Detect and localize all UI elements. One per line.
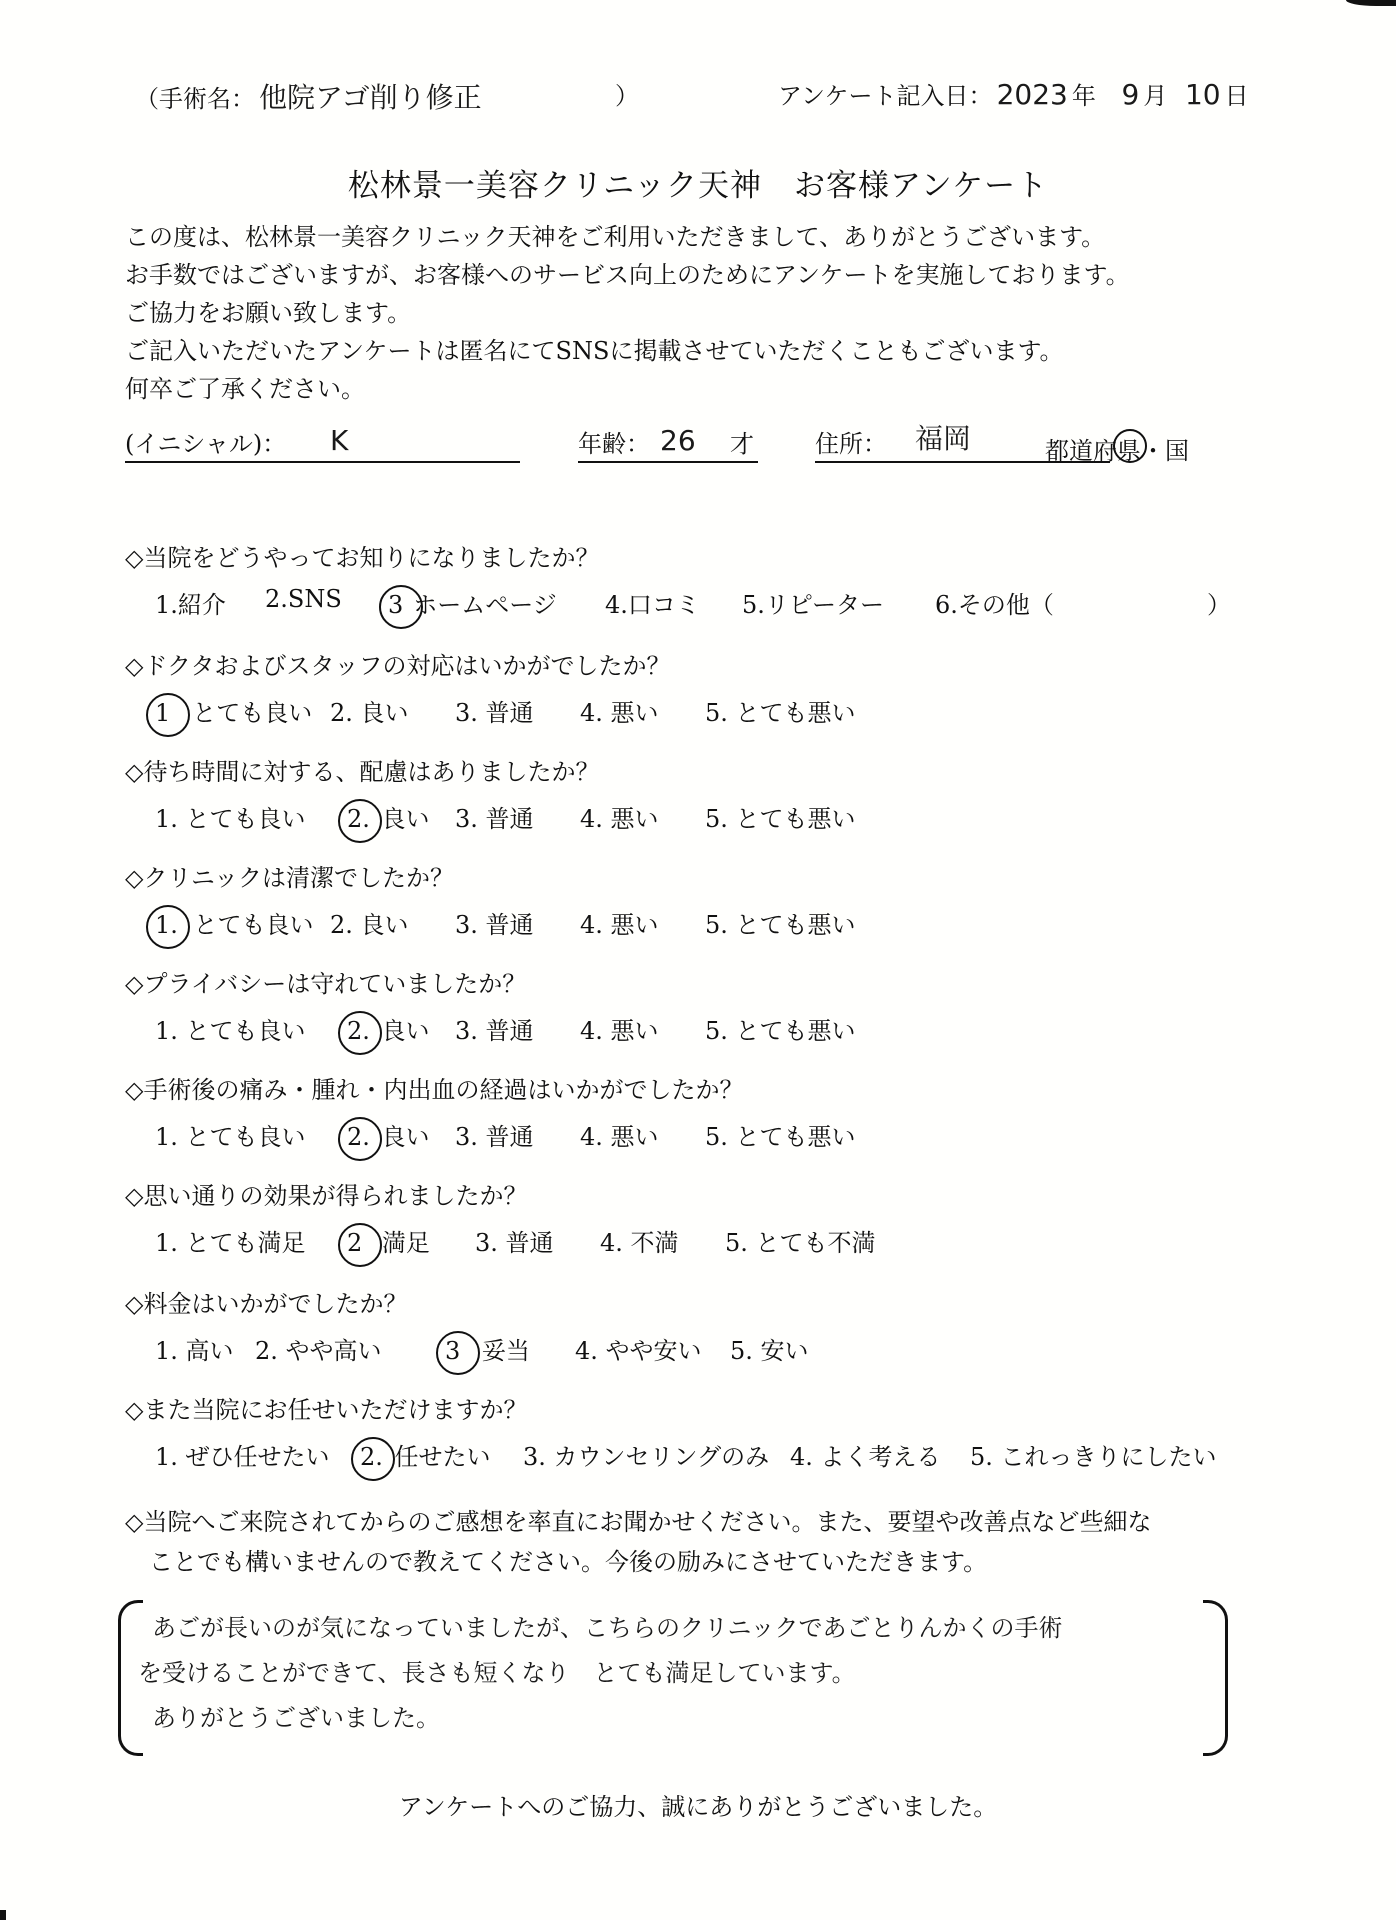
option-2-selected[interactable]: 2. 良い — [347, 1117, 430, 1152]
address-value: 福岡 — [915, 417, 971, 457]
option-3[interactable]: 3. カウンセリングのみ — [523, 1437, 769, 1472]
option-1-selected[interactable]: 1とても良い — [155, 693, 312, 728]
survey-date-field: アンケート記入日：2023年 9月 10日 — [778, 76, 1249, 111]
date-day: 10 — [1185, 78, 1221, 111]
scan-artifact — [0, 1910, 6, 1920]
free-comment-prompt: ◇当院へご来院されてからのご感想を率直にお聞かせください。また、要望や改善点など… — [125, 1502, 1151, 1582]
option-2[interactable]: 2.SNS — [265, 585, 342, 613]
option-1[interactable]: 1. とても良い — [155, 1117, 306, 1152]
option-5[interactable]: 5. とても悪い — [705, 905, 856, 940]
initial-label: (イニシャル)： — [125, 424, 286, 459]
option-5[interactable]: 5. とても悪い — [705, 799, 856, 834]
option-4[interactable]: 4. よく考える — [790, 1437, 941, 1472]
option-2-selected[interactable]: 2. 良い — [347, 799, 430, 834]
question-post-op-recovery: ◇手術後の痛み・腫れ・内出血の経過はいかがでしたか？ 1. とても良い 2. 良… — [125, 1070, 743, 1157]
question-title: ◇手術後の痛み・腫れ・内出血の経過はいかがでしたか？ — [125, 1070, 743, 1105]
option-5[interactable]: 5. とても悪い — [705, 1117, 856, 1152]
procedure-name-field: （手術名：他院アゴ削り修正 ） — [135, 76, 486, 116]
option-4[interactable]: 4. 悪い — [580, 799, 659, 834]
prefecture-type-options: 都道府県・国 — [1045, 431, 1189, 466]
question-expected-results: ◇思い通りの効果が得られましたか？ 1. とても満足 2 満足 3. 普通 4.… — [125, 1176, 527, 1263]
option-3-selected[interactable]: 3ホームページ — [388, 585, 557, 620]
pref-option-country[interactable]: 国 — [1165, 431, 1189, 466]
option-3-selected[interactable]: 3 妥当 — [445, 1331, 530, 1366]
option-1[interactable]: 1. とても満足 — [155, 1223, 306, 1258]
option-1[interactable]: 1. とても良い — [155, 1011, 306, 1046]
initial-field[interactable]: (イニシャル)： K — [125, 425, 520, 463]
date-label: アンケート記入日： — [778, 82, 993, 110]
pref-option-ken-selected[interactable]: 県 — [1117, 431, 1141, 466]
age-value: 26 — [660, 424, 696, 457]
option-5[interactable]: 5. とても悪い — [705, 1011, 856, 1046]
year-unit: 年 — [1072, 82, 1096, 110]
right-bracket — [1203, 1600, 1228, 1756]
option-2-selected[interactable]: 2. 任せたい — [360, 1437, 491, 1472]
page-title: 松林景一美容クリニック天神 お客様アンケート — [0, 160, 1396, 205]
question-pricing: ◇料金はいかがでしたか？ 1. 高い 2. やや高い 3 妥当 4. やや安い … — [125, 1284, 407, 1371]
question-privacy: ◇プライバシーは守れていましたか？ 1. とても良い 2. 良い 3. 普通 4… — [125, 964, 526, 1051]
procedure-close: ） — [615, 76, 639, 111]
intro-line: ご記入いただいたアンケートは匿名にてSNSに掲載させていただくこともございます。 — [125, 332, 1130, 370]
option-4[interactable]: 4.口コミ — [605, 585, 700, 620]
prompt-line: ◇当院へご来院されてからのご感想を率直にお聞かせください。また、要望や改善点など… — [125, 1502, 1151, 1542]
option-4[interactable]: 4. 不満 — [600, 1223, 679, 1258]
address-label: 住所： — [815, 424, 887, 459]
question-title: ◇また当院にお任せいただけますか？ — [125, 1390, 527, 1425]
option-1-selected[interactable]: 1. とても良い — [155, 905, 314, 940]
other-close-paren: ） — [1207, 585, 1231, 620]
pref-option-to[interactable]: 都 — [1045, 431, 1069, 466]
footer-thanks: アンケートへのご協力、誠にありがとうございました。 — [0, 1787, 1396, 1822]
intro-line: ご協力をお願い致します。 — [125, 294, 1130, 332]
question-title: ◇当院をどうやってお知りになりましたか？ — [125, 538, 599, 573]
option-row: 1. とても良い 2. 良い 3. 普通 4. 悪い 5. とても悪い — [125, 799, 599, 839]
intro-line: この度は、松林景一美容クリニック天神をご利用いただきまして、ありがとうございます… — [125, 218, 1130, 256]
option-row: 1. 高い 2. やや高い 3 妥当 4. やや安い 5. 安い — [125, 1331, 407, 1371]
question-title: ◇プライバシーは守れていましたか？ — [125, 964, 526, 999]
age-field[interactable]: 年齢： 26 才 — [578, 425, 758, 463]
option-2-selected[interactable]: 2. 良い — [347, 1011, 430, 1046]
option-row: 1. ぜひ任せたい 2. 任せたい 3. カウンセリングのみ 4. よく考える … — [125, 1437, 527, 1477]
question-return-intent: ◇また当院にお任せいただけますか？ 1. ぜひ任せたい 2. 任せたい 3. カ… — [125, 1390, 527, 1477]
answer-line: ありがとうございました。 — [138, 1696, 1063, 1741]
question-title: ◇待ち時間に対する、配慮はありましたか？ — [125, 752, 599, 787]
question-title: ◇クリニックは清潔でしたか？ — [125, 858, 454, 893]
month-unit: 月 — [1143, 82, 1167, 110]
option-row: 1とても良い 2. 良い 3. 普通 4. 悪い 5. とても悪い — [125, 693, 671, 733]
answer-line: を受けることができて、長さも短くなり とても満足しています。 — [138, 1651, 1063, 1696]
intro-line: 何卒ご了承ください。 — [125, 370, 1130, 408]
option-3[interactable]: 3. 普通 — [475, 1223, 554, 1258]
option-3[interactable]: 3. 普通 — [455, 1117, 534, 1152]
date-year: 2023 — [997, 78, 1068, 111]
scan-artifact — [1346, 0, 1396, 6]
question-staff-response: ◇ドクタおよびスタッフの対応はいかがでしたか？ 1とても良い 2. 良い 3. … — [125, 646, 671, 733]
intro-text: この度は、松林景一美容クリニック天神をご利用いただきまして、ありがとうございます… — [125, 218, 1130, 408]
question-title: ◇料金はいかがでしたか？ — [125, 1284, 407, 1319]
question-how-found: ◇当院をどうやってお知りになりましたか？ 1.紹介 2.SNS 3ホームページ … — [125, 538, 599, 625]
option-1[interactable]: 1. ぜひ任せたい — [155, 1437, 330, 1472]
age-label: 年齢： — [578, 424, 650, 459]
option-1[interactable]: 1.紹介 — [155, 585, 226, 620]
option-3[interactable]: 3. 普通 — [455, 693, 534, 728]
option-row: 1. とても満足 2 満足 3. 普通 4. 不満 5. とても不満 — [125, 1223, 527, 1263]
question-title: ◇思い通りの効果が得られましたか？ — [125, 1176, 527, 1211]
option-row: 1. とても良い 2. 良い 3. 普通 4. 悪い 5. とても悪い — [125, 905, 454, 945]
procedure-label: （手術名： — [135, 85, 255, 113]
option-row: 1. とても良い 2. 良い 3. 普通 4. 悪い 5. とても悪い — [125, 1117, 743, 1157]
question-cleanliness: ◇クリニックは清潔でしたか？ 1. とても良い 2. 良い 3. 普通 4. 悪… — [125, 858, 454, 945]
option-4[interactable]: 4. 悪い — [580, 905, 659, 940]
age-unit: 才 — [730, 424, 754, 459]
option-5[interactable]: 5. とても不満 — [725, 1223, 876, 1258]
option-1[interactable]: 1. 高い — [155, 1331, 234, 1366]
option-2[interactable]: 2. 良い — [330, 693, 409, 728]
procedure-value: 他院アゴ削り修正 — [259, 81, 482, 114]
option-5[interactable]: 5. とても悪い — [705, 693, 856, 728]
prompt-line: ことでも構いませんので教えてください。今後の励みにさせていただきます。 — [125, 1542, 1151, 1582]
option-2[interactable]: 2. やや高い — [255, 1331, 382, 1366]
option-4[interactable]: 4. 悪い — [580, 1011, 659, 1046]
option-row: 1.紹介 2.SNS 3ホームページ 4.口コミ 5.リピーター 6.その他（ … — [125, 585, 599, 625]
option-4[interactable]: 4. やや安い — [575, 1331, 702, 1366]
profile-row: (イニシャル)： K 年齢： 26 才 住所： 福岡 都道府県・国 — [125, 425, 1285, 465]
question-wait-time: ◇待ち時間に対する、配慮はありましたか？ 1. とても良い 2. 良い 3. 普… — [125, 752, 599, 839]
day-unit: 日 — [1225, 82, 1249, 110]
initial-value: K — [330, 424, 348, 457]
option-1[interactable]: 1. とても良い — [155, 799, 306, 834]
option-6-other[interactable]: 6.その他（ — [935, 585, 1054, 620]
option-4[interactable]: 4. 悪い — [580, 693, 659, 728]
option-3[interactable]: 3. 普通 — [455, 905, 534, 940]
free-comment-answer: あごが長いのが気になっていましたが、こちらのクリニックであごとりんかくの手術 を… — [138, 1606, 1063, 1741]
option-4[interactable]: 4. 悪い — [580, 1117, 659, 1152]
survey-page: （手術名：他院アゴ削り修正 ） アンケート記入日：2023年 9月 10日 松林… — [0, 0, 1396, 1920]
option-2[interactable]: 2. 良い — [330, 905, 409, 940]
option-5[interactable]: 5. 安い — [730, 1331, 809, 1366]
free-comment-box[interactable]: あごが長いのが気になっていましたが、こちらのクリニックであごとりんかくの手術 を… — [118, 1600, 1228, 1750]
option-5[interactable]: 5.リピーター — [742, 585, 884, 620]
pref-option-do[interactable]: 道 — [1069, 431, 1093, 466]
option-3[interactable]: 3. 普通 — [455, 799, 534, 834]
option-2-selected[interactable]: 2 満足 — [347, 1223, 430, 1258]
option-3[interactable]: 3. 普通 — [455, 1011, 534, 1046]
option-5[interactable]: 5. これっきりにしたい — [970, 1437, 1217, 1472]
question-title: ◇ドクタおよびスタッフの対応はいかがでしたか？ — [125, 646, 671, 681]
option-row: 1. とても良い 2. 良い 3. 普通 4. 悪い 5. とても悪い — [125, 1011, 526, 1051]
answer-line: あごが長いのが気になっていましたが、こちらのクリニックであごとりんかくの手術 — [138, 1606, 1063, 1651]
date-month: 9 — [1121, 78, 1139, 111]
intro-line: お手数ではございますが、お客様へのサービス向上のためにアンケートを実施しておりま… — [125, 256, 1130, 294]
